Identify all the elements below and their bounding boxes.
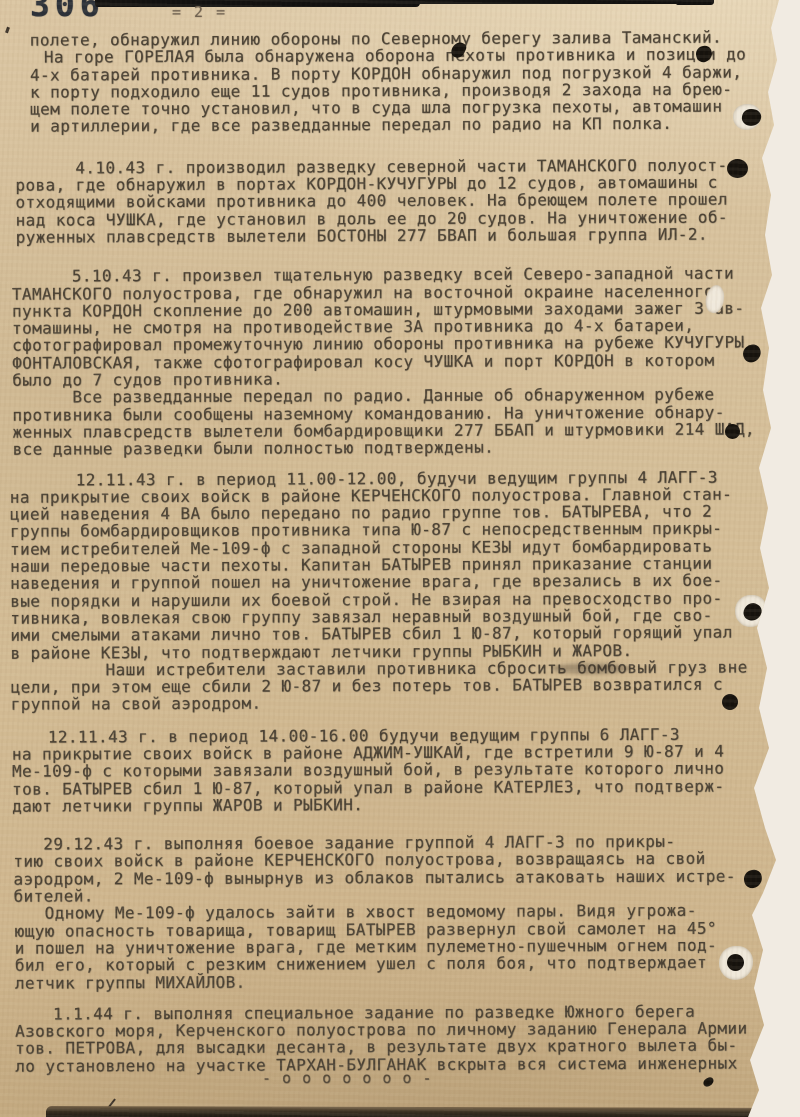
report-paragraph: 5.10.43 г. произвел тщательную разведку …	[12, 265, 778, 389]
text-line: летчик группы МИХАЙЛОВ.	[15, 971, 780, 992]
report-paragraph: Наши истребители заставили противника сб…	[10, 658, 778, 713]
report-paragraph: 4.10.43 г. производил разведку северной …	[15, 156, 776, 246]
text-line: и артиллерии, где все разведданные перед…	[30, 115, 776, 136]
report-text: полете, обнаружил линию обороны по Север…	[14, 28, 781, 1074]
footer-divider: - о о о о о о о -	[262, 1069, 433, 1087]
text-line: аэродром, 2 Ме-109-ф вынырнув из облаков…	[13, 867, 779, 888]
ink-blot	[725, 424, 740, 439]
text-line: цели, при этом еще сбили 2 Ю-87 и без по…	[11, 675, 779, 696]
ink-smudge	[552, 663, 630, 674]
report-paragraph: 1.1.44 г. выполняя специальное задание п…	[15, 1002, 780, 1075]
ink-blot	[722, 694, 738, 710]
text-line: дают летчики группы ЖАРОВ и РЫБКИН.	[12, 794, 779, 815]
archive-number-stamp: 306	[30, 0, 105, 24]
pen-speck	[5, 27, 10, 34]
scan-edge-strip	[95, 0, 420, 7]
page-number: = 2 =	[172, 3, 227, 21]
text-line: группой на свой аэродром.	[11, 693, 779, 714]
text-line: ФОНТАЛОВСКАЯ, также сфотографировал косу…	[12, 351, 777, 372]
scan-bottom-shadow	[46, 1106, 800, 1117]
paper-sheet: 306 = 2 = полете, обнаружил линию оборон…	[0, 0, 800, 1117]
text-line: тов. БАТЫРЕВ сбил 1 Ю-87, который упал в…	[12, 777, 779, 798]
text-line: бил его, который с резким снижением ушел…	[15, 954, 780, 975]
report-paragraph: 29.12.43 г. выполняя боевое задание груп…	[13, 833, 779, 906]
scanned-document-page: 306 = 2 = полете, обнаружил линию оборон…	[0, 0, 800, 1117]
ink-blot	[727, 159, 748, 178]
report-paragraph: Одному Ме-109-ф удалось зайти в хвост ве…	[15, 902, 780, 992]
report-paragraph: 12.11.43 г. в период 14.00-16.00 будучи …	[12, 725, 779, 815]
report-paragraph: 12.11.43 г. в период 11.00-12.00, будучи…	[10, 468, 779, 662]
scan-edge-strip	[418, 0, 690, 4]
scan-edge-strip	[676, 0, 714, 5]
report-paragraph: На горе ГОРЕЛАЯ была обнаружена оборона …	[30, 46, 776, 136]
ink-blot	[727, 954, 744, 971]
text-line: руженных плавсредств вылетели БОСТОНЫ 27…	[16, 225, 777, 246]
text-line: все данные разведки были полностью подтв…	[13, 438, 778, 459]
report-paragraph: Все разведданные передал по радио. Данны…	[12, 386, 777, 459]
ink-blot	[702, 1076, 716, 1088]
